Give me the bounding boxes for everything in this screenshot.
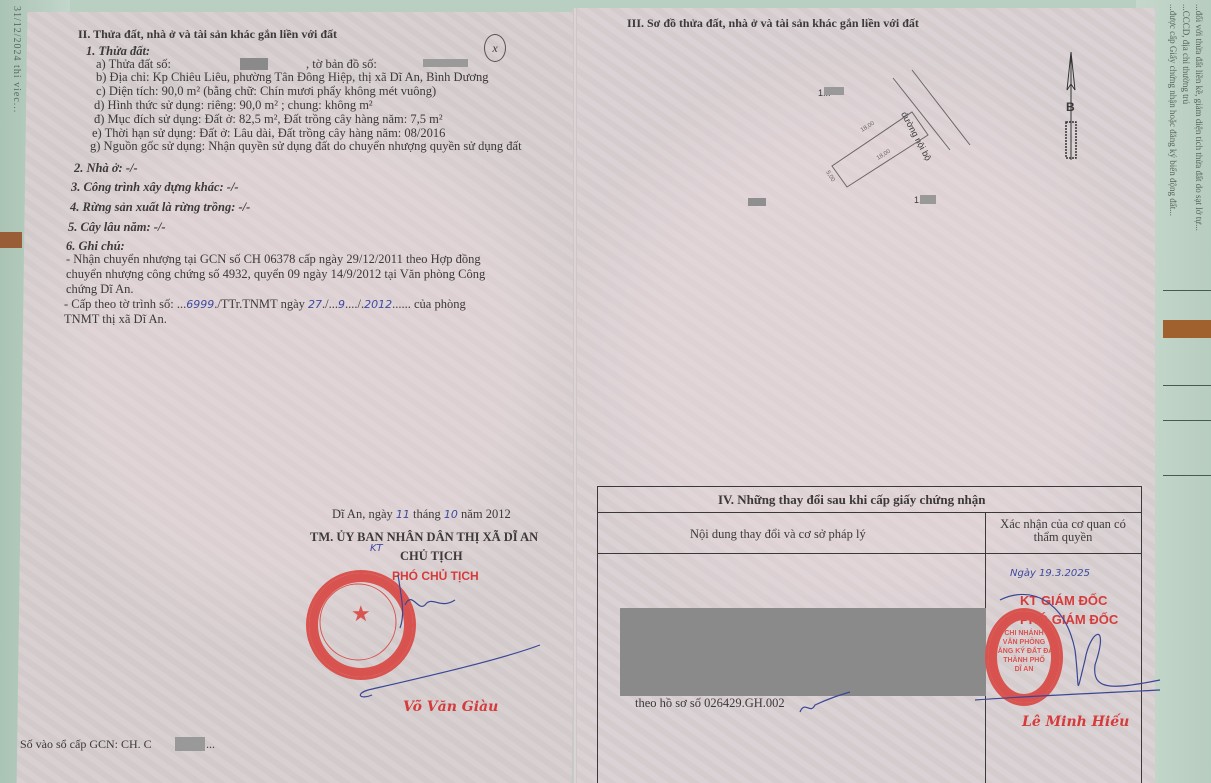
table-border bbox=[597, 512, 1141, 513]
handwritten-month: 9 bbox=[338, 298, 345, 311]
north-label: B bbox=[1066, 100, 1075, 114]
page-fold bbox=[573, 8, 577, 783]
notes-line-3: chứng Dĩ An. bbox=[66, 282, 134, 297]
notes-line-5: TNMT thị xã Dĩ An. bbox=[64, 312, 167, 327]
star-emblem-icon: ★ bbox=[351, 601, 371, 627]
notes-line-4: - Cấp theo tờ trình số: ...6999./TTr.TNM… bbox=[64, 297, 466, 312]
form-line bbox=[1163, 385, 1211, 386]
deputy-chairman-stamp: PHÓ CHỦ TỊCH bbox=[392, 569, 479, 583]
redacted-parcel-number bbox=[240, 58, 268, 70]
table-border-left bbox=[597, 486, 598, 783]
kt-mark: KT bbox=[370, 543, 383, 554]
left-margin-text: 31/12/2024 thi viec... bbox=[4, 6, 22, 306]
handwritten-year: 2012 bbox=[364, 298, 392, 311]
usage-origin-line: g) Nguồn gốc sử dụng: Nhận quyền sử dụng… bbox=[90, 139, 522, 154]
issue-date: Dĩ An, ngày 11 tháng 10 năm 2012 bbox=[332, 507, 511, 522]
official-seal-right: CHI NHÁNH VĂN PHÒNG ĐĂNG KÝ ĐẤT ĐAI THÀN… bbox=[985, 608, 1063, 706]
signer-name-right: Lê Minh Hiếu bbox=[1022, 714, 1129, 730]
column-header-confirmation: Xác nhận của cơ quan có thẩm quyền bbox=[988, 518, 1138, 544]
redacted-neighbor-parcel-top bbox=[824, 87, 844, 95]
handwritten-approval-date: Ngày 19.3.2025 bbox=[1010, 568, 1090, 579]
handwritten-day: 27 bbox=[308, 298, 322, 311]
section-2-title: II. Thửa đất, nhà ở và tài sản khác gắn … bbox=[78, 27, 337, 42]
table-border-right bbox=[1141, 486, 1142, 783]
brown-strip bbox=[0, 232, 22, 248]
seal-text: CHI NHÁNH VĂN PHÒNG ĐĂNG KÝ ĐẤT ĐAI THÀN… bbox=[992, 629, 1056, 674]
brown-strip bbox=[1163, 320, 1211, 338]
table-border bbox=[597, 553, 1141, 554]
registry-number: Số vào sổ cấp GCN: CH. C bbox=[20, 737, 152, 752]
signer-name-left: Võ Văn Giàu bbox=[403, 699, 498, 715]
approval-title-1: KT GIÁM ĐỐC bbox=[1020, 593, 1107, 608]
section-4-title: IV. Những thay đổi sau khi cấp giấy chứn… bbox=[718, 492, 986, 508]
column-header-changes: Nội dung thay đổi và cơ sở pháp lý bbox=[690, 527, 866, 542]
redacted-map-sheet-number bbox=[423, 59, 468, 67]
redacted-parcel-id bbox=[748, 198, 766, 206]
usage-purpose-line: đ) Mục đích sử dụng: Đất ở: 82,5 m², Đất… bbox=[94, 112, 443, 127]
item-2-house: 2. Nhà ở: -/- bbox=[74, 161, 138, 176]
section-3-title: III. Sơ đồ thửa đất, nhà ở và tài sản kh… bbox=[627, 16, 919, 31]
item-3-other-construction: 3. Công trình xây dựng khác: -/- bbox=[71, 180, 239, 195]
circled-mark: x bbox=[484, 34, 506, 62]
redacted-registry-number bbox=[175, 737, 205, 751]
issuing-organization: TM. ỦY BAN NHÂN DÂN THỊ XÃ DĨ AN bbox=[310, 530, 538, 545]
table-border-top bbox=[597, 486, 1141, 487]
notes-line-1: - Nhận chuyển nhượng tại GCN số CH 06378… bbox=[66, 252, 481, 267]
form-line bbox=[1163, 475, 1211, 476]
redacted-neighbor-parcel-bottom bbox=[920, 195, 936, 204]
redacted-change-content bbox=[620, 608, 986, 696]
usage-form-line: d) Hình thức sử dụng: riêng: 90,0 m² ; c… bbox=[94, 98, 373, 113]
handwritten-submission-number: 6999 bbox=[186, 298, 214, 311]
item-4-production-forest: 4. Rừng sản xuất là rừng trồng: -/- bbox=[70, 200, 250, 215]
right-margin-text: ...đối với thửa đất liền kề, giảm diện t… bbox=[1155, 4, 1205, 284]
form-line bbox=[1163, 290, 1211, 291]
dossier-number: theo hồ sơ số 026429.GH.002 bbox=[635, 696, 785, 711]
form-line bbox=[1163, 420, 1211, 421]
signer-role: CHỦ TỊCH bbox=[400, 549, 463, 564]
address-line: b) Địa chỉ: Kp Chiêu Liêu, phường Tân Đô… bbox=[96, 70, 488, 85]
item-5-perennial-trees: 5. Cây lâu năm: -/- bbox=[68, 220, 166, 235]
official-seal-left: ★ bbox=[306, 570, 416, 680]
notes-line-2: chuyển nhượng công chứng số 4932, quyển … bbox=[66, 267, 485, 282]
area-line: c) Diện tích: 90,0 m² (bằng chữ: Chín mư… bbox=[96, 84, 436, 99]
